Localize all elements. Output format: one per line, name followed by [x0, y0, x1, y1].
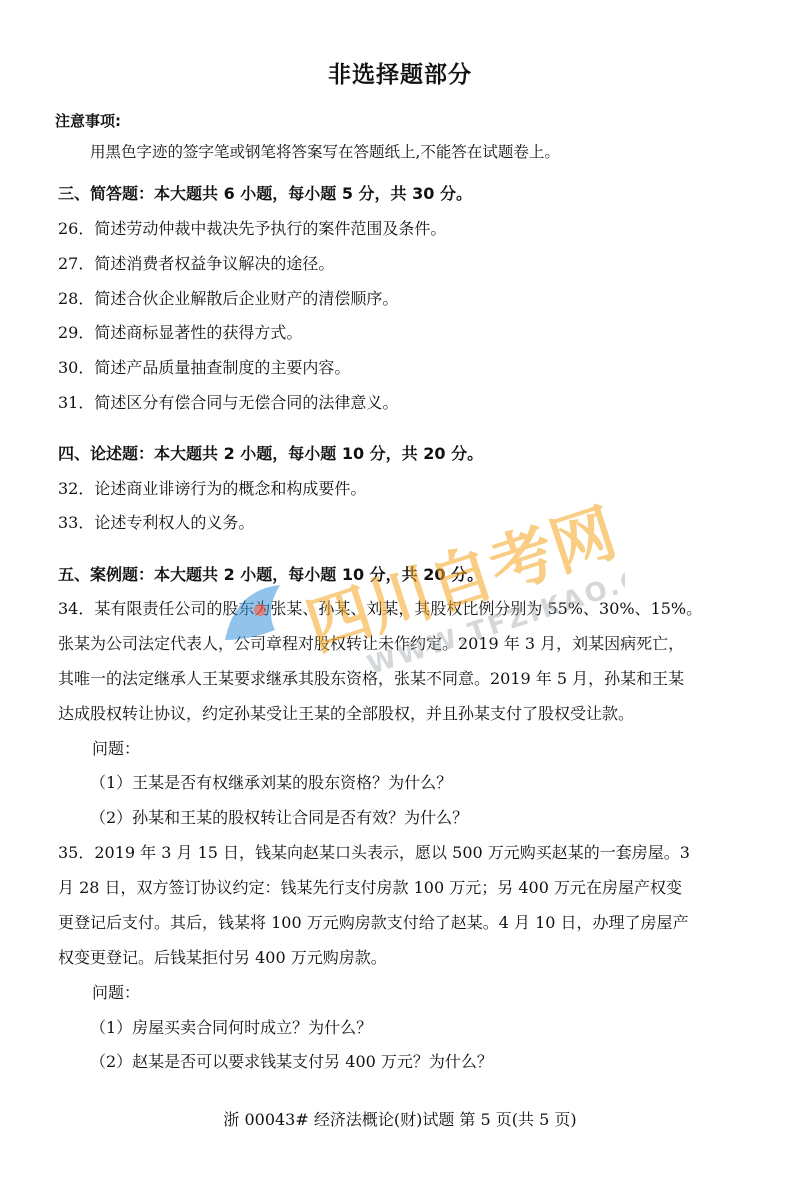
case-34-sub-question-2: （2）孙某和王某的股权转让合同是否有效？为什么？	[90, 807, 468, 829]
section-heading-short-answer: 三、简答题：本大题共 6 小题，每小题 5 分，共 30 分。	[58, 183, 472, 205]
case-34-question-label: 问题：	[92, 738, 140, 760]
case-34-line-1: 34．某有限责任公司的股东为张某、孙某、刘某，其股权比例分别为 55%、30%、…	[58, 598, 702, 620]
case-35-question-label: 问题：	[92, 982, 140, 1004]
question-30: 30．简述产品质量抽查制度的主要内容。	[58, 357, 350, 379]
case-35-line-3: 更登记后支付。其后，钱某将 100 万元购房款支付给了赵某。4 月 10 日，办…	[58, 912, 689, 934]
page-footer: 浙 00043# 经济法概论(财)试题 第 5 页(共 5 页)	[0, 1107, 800, 1130]
question-28: 28．简述合伙企业解散后企业财产的清偿顺序。	[58, 288, 398, 310]
notice-text: 用黑色字迹的签字笔或钢笔将答案写在答题纸上,不能答在试题卷上。	[90, 141, 560, 163]
section-heading-case: 五、案例题：本大题共 2 小题，每小题 10 分，共 20 分。	[58, 564, 483, 586]
case-34-line-2: 张某为公司法定代表人，公司章程对股权转让未作约定。2019 年 3 月，刘某因病…	[58, 633, 684, 655]
case-35-line-2: 月 28 日，双方签订协议约定：钱某先行支付房款 100 万元；另 400 万元…	[58, 877, 682, 899]
question-29: 29．简述商标显著性的获得方式。	[58, 322, 302, 344]
question-27: 27．简述消费者权益争议解决的途径。	[58, 253, 334, 275]
case-35-sub-question-1: （1）房屋买卖合同何时成立？为什么？	[90, 1017, 372, 1039]
case-35-line-4: 权变更登记。后钱某拒付另 400 万元购房款。	[58, 947, 387, 969]
question-31: 31．简述区分有偿合同与无偿合同的法律意义。	[58, 392, 398, 414]
question-32: 32．论述商业诽谤行为的概念和构成要件。	[58, 478, 366, 500]
section-heading-essay: 四、论述题：本大题共 2 小题，每小题 10 分，共 20 分。	[58, 443, 483, 465]
case-34-line-3: 其唯一的法定继承人王某要求继承其股东资格，张某不同意。2019 年 5 月，孙某…	[58, 668, 684, 690]
case-35-line-1: 35．2019 年 3 月 15 日，钱某向赵某口头表示，愿以 500 万元购买…	[58, 842, 690, 864]
case-34-sub-question-1: （1）王某是否有权继承刘某的股东资格？为什么？	[90, 772, 452, 794]
case-34-line-4: 达成股权转让协议，约定孙某受让王某的全部股权，并且孙某支付了股权受让款。	[58, 703, 634, 725]
case-35-sub-question-2: （2）赵某是否可以要求钱某支付另 400 万元？为什么？	[90, 1051, 493, 1073]
notice-label: 注意事项:	[55, 110, 121, 132]
question-26: 26．简述劳动仲裁中裁决先予执行的案件范围及条件。	[58, 218, 446, 240]
question-33: 33．论述专利权人的义务。	[58, 512, 254, 534]
exam-page: 非选择题部分 注意事项: 用黑色字迹的签字笔或钢笔将答案写在答题纸上,不能答在试…	[0, 0, 800, 1196]
page-title: 非选择题部分	[0, 56, 800, 89]
